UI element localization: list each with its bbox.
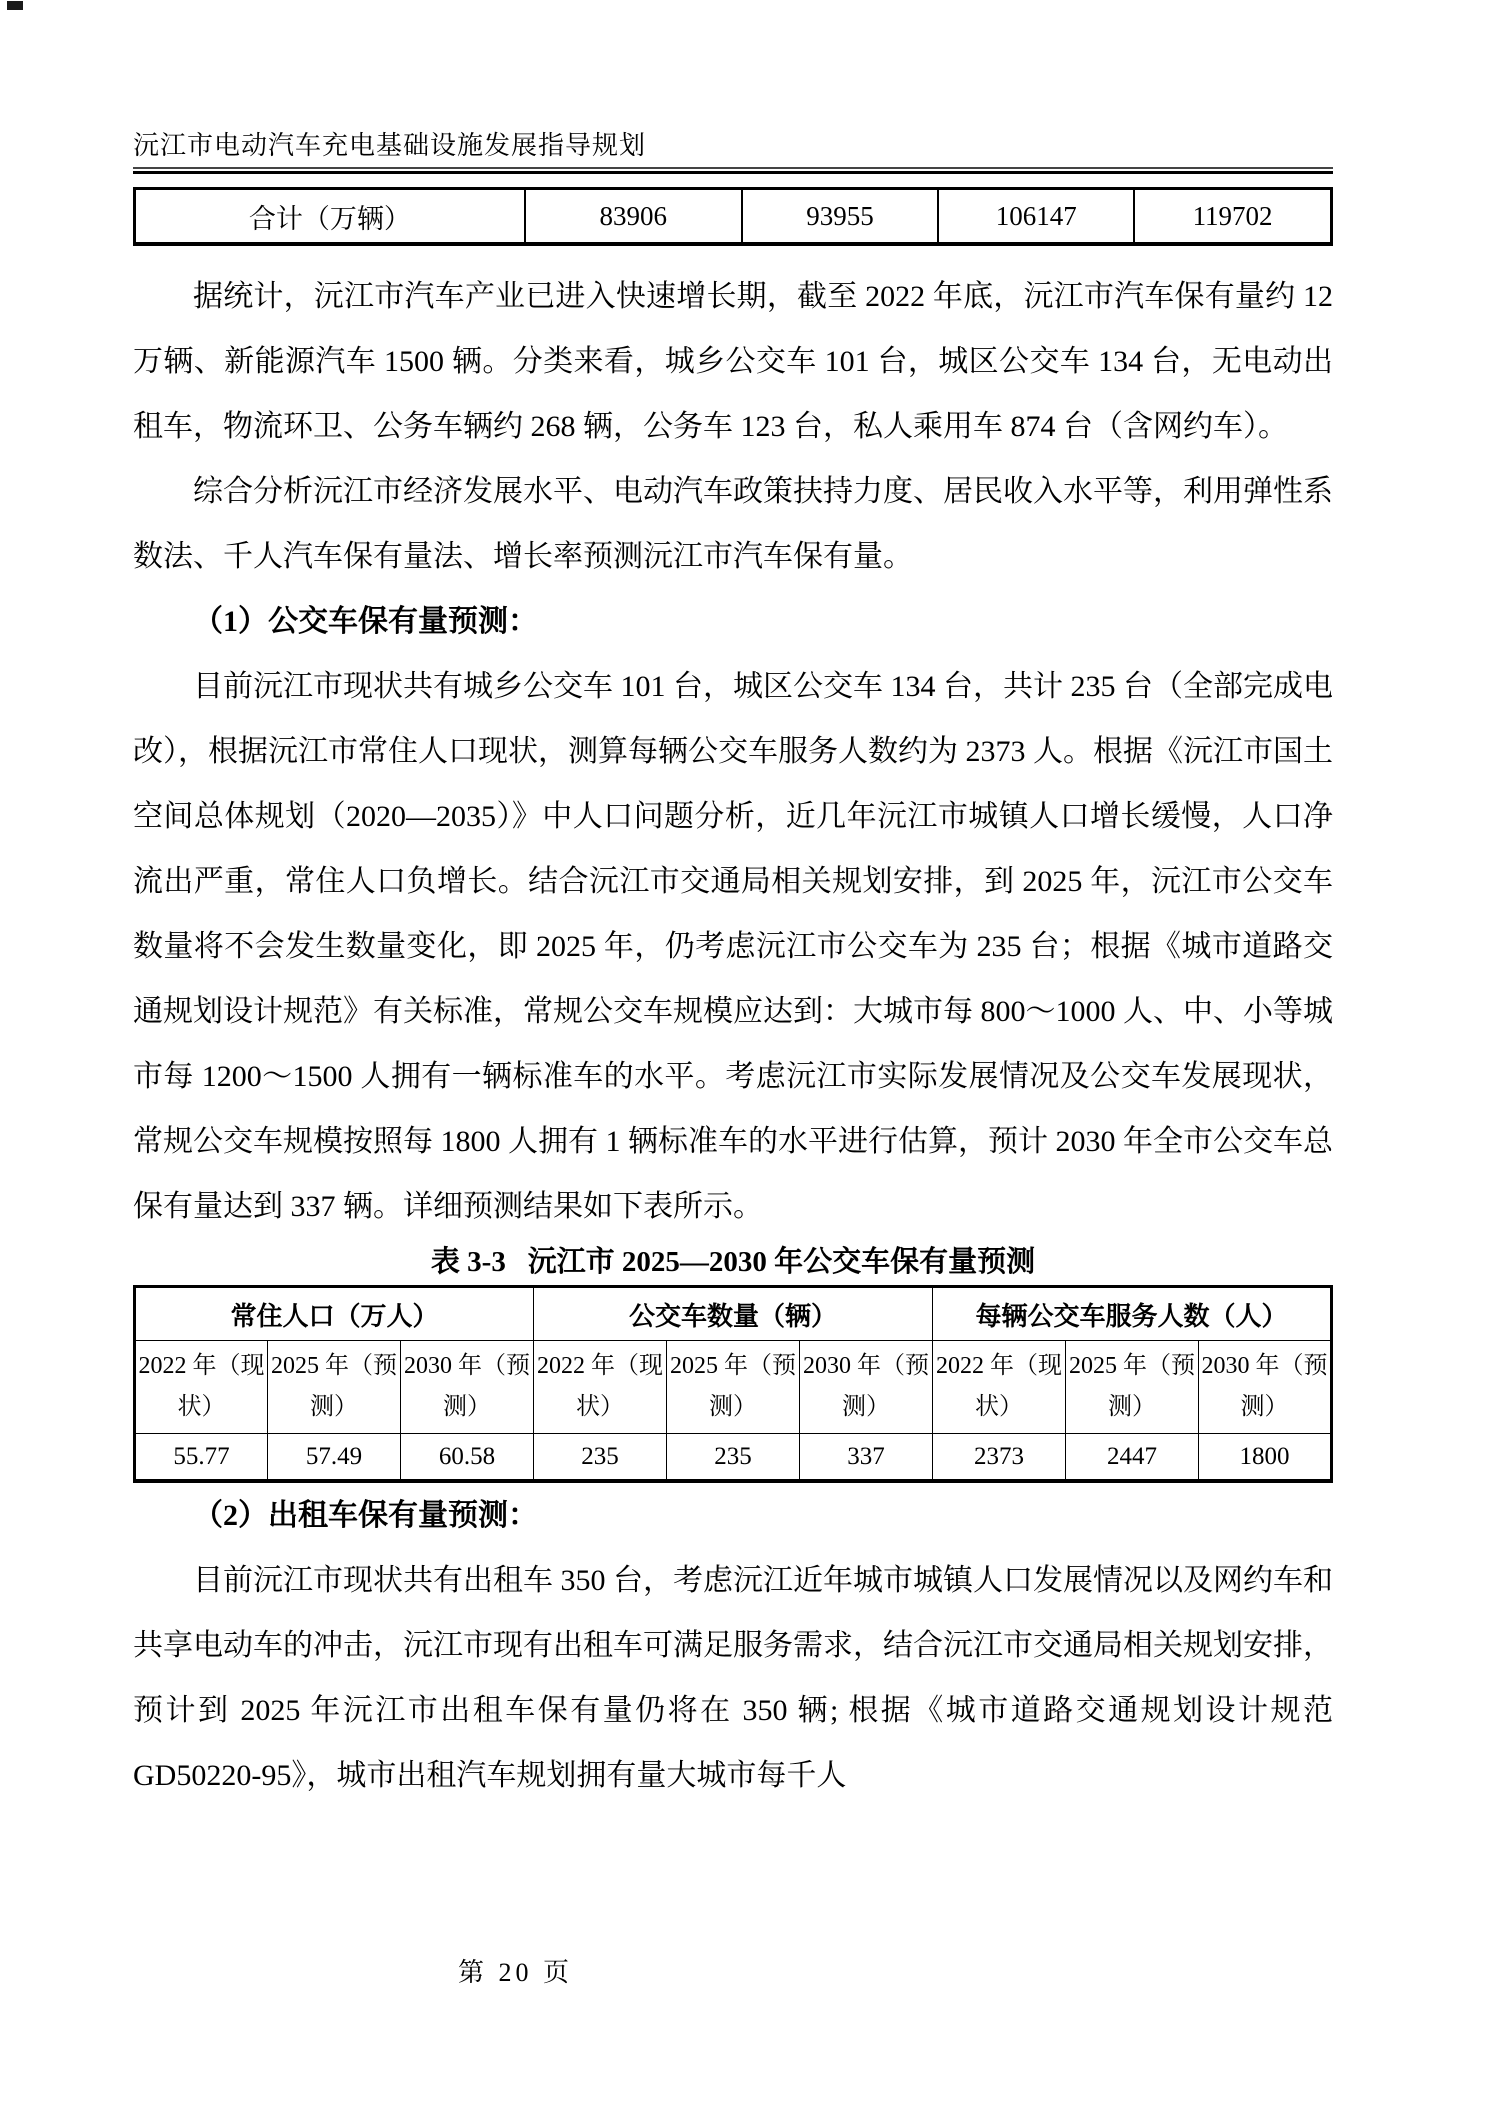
paragraph-statistics: 据统计，沅江市汽车产业已进入快速增长期，截至 2022 年底，沅江市汽车保有量约… [133, 264, 1333, 459]
table-cell: 235 [534, 1434, 667, 1482]
table-cell: 235 [667, 1434, 800, 1482]
scan-artifact [7, 1, 23, 10]
table-cell: 55.77 [135, 1434, 268, 1482]
table-cell: 106147 [938, 189, 1134, 245]
page-content: 沅江市电动汽车充电基础设施发展指导规划 合计（万辆） 83906 93955 1… [133, 0, 1333, 1808]
table-cell: 83906 [525, 189, 742, 245]
table-cell: 57.49 [268, 1434, 401, 1482]
table-cell: 2022 年（现状） [135, 1341, 268, 1434]
header-title: 沅江市电动汽车充电基础设施发展指导规划 [133, 130, 1333, 162]
group-header-bus-count: 公交车数量（辆） [534, 1287, 933, 1341]
summary-table: 合计（万辆） 83906 93955 106147 119702 [133, 187, 1333, 246]
table-cell: 2025 年（预测） [268, 1341, 401, 1434]
table-row: 合计（万辆） 83906 93955 106147 119702 [135, 189, 1332, 245]
table-cell: 2025 年（预测） [667, 1341, 800, 1434]
table-cell: 93955 [742, 189, 939, 245]
paragraph-analysis: 综合分析沅江市经济发展水平、电动汽车政策扶持力度、居民收入水平等，利用弹性系数法… [133, 459, 1333, 589]
table-caption: 表 3-3 沅江市 2025—2030 年公交车保有量预测 [133, 1239, 1333, 1285]
table-cell: 2022 年（现状） [534, 1341, 667, 1434]
document-page: 沅江市电动汽车充电基础设施发展指导规划 合计（万辆） 83906 93955 1… [0, 0, 1488, 2104]
bus-forecast-table: 常住人口（万人） 公交车数量（辆） 每辆公交车服务人数（人） 2022 年（现状… [133, 1285, 1333, 1483]
table-cell: 337 [800, 1434, 933, 1482]
table-cell: 2025 年（预测） [1066, 1341, 1199, 1434]
table-data-row: 55.77 57.49 60.58 235 235 337 2373 2447 … [135, 1434, 1332, 1482]
group-header-population: 常住人口（万人） [135, 1287, 534, 1341]
group-header-service-人数: 每辆公交车服务人数（人） [933, 1287, 1332, 1341]
table-cell: 2030 年（预测） [1199, 1341, 1332, 1434]
table-cell: 2447 [1066, 1434, 1199, 1482]
table-cell: 2030 年（预测） [800, 1341, 933, 1434]
table-subheader-row: 2022 年（现状） 2025 年（预测） 2030 年（预测） 2022 年（… [135, 1341, 1332, 1434]
table-cell: 60.58 [401, 1434, 534, 1482]
header-divider [133, 167, 1333, 174]
table-cell: 2022 年（现状） [933, 1341, 1066, 1434]
heading-bus-forecast: （1）公交车保有量预测： [133, 589, 1333, 654]
heading-taxi-forecast: （2）出租车保有量预测： [133, 1483, 1333, 1548]
table-cell: 119702 [1134, 189, 1331, 245]
table-cell: 2030 年（预测） [401, 1341, 534, 1434]
table-group-header-row: 常住人口（万人） 公交车数量（辆） 每辆公交车服务人数（人） [135, 1287, 1332, 1341]
page-number: 第 20 页 [458, 1952, 573, 1989]
paragraph-bus-detail: 目前沅江市现状共有城乡公交车 101 台，城区公交车 134 台，共计 235 … [133, 654, 1333, 1239]
table-cell-label: 合计（万辆） [135, 189, 525, 245]
paragraph-taxi-detail: 目前沅江市现状共有出租车 350 台，考虑沅江近年城市城镇人口发展情况以及网约车… [133, 1548, 1333, 1808]
table-cell: 1800 [1199, 1434, 1332, 1482]
table-cell: 2373 [933, 1434, 1066, 1482]
